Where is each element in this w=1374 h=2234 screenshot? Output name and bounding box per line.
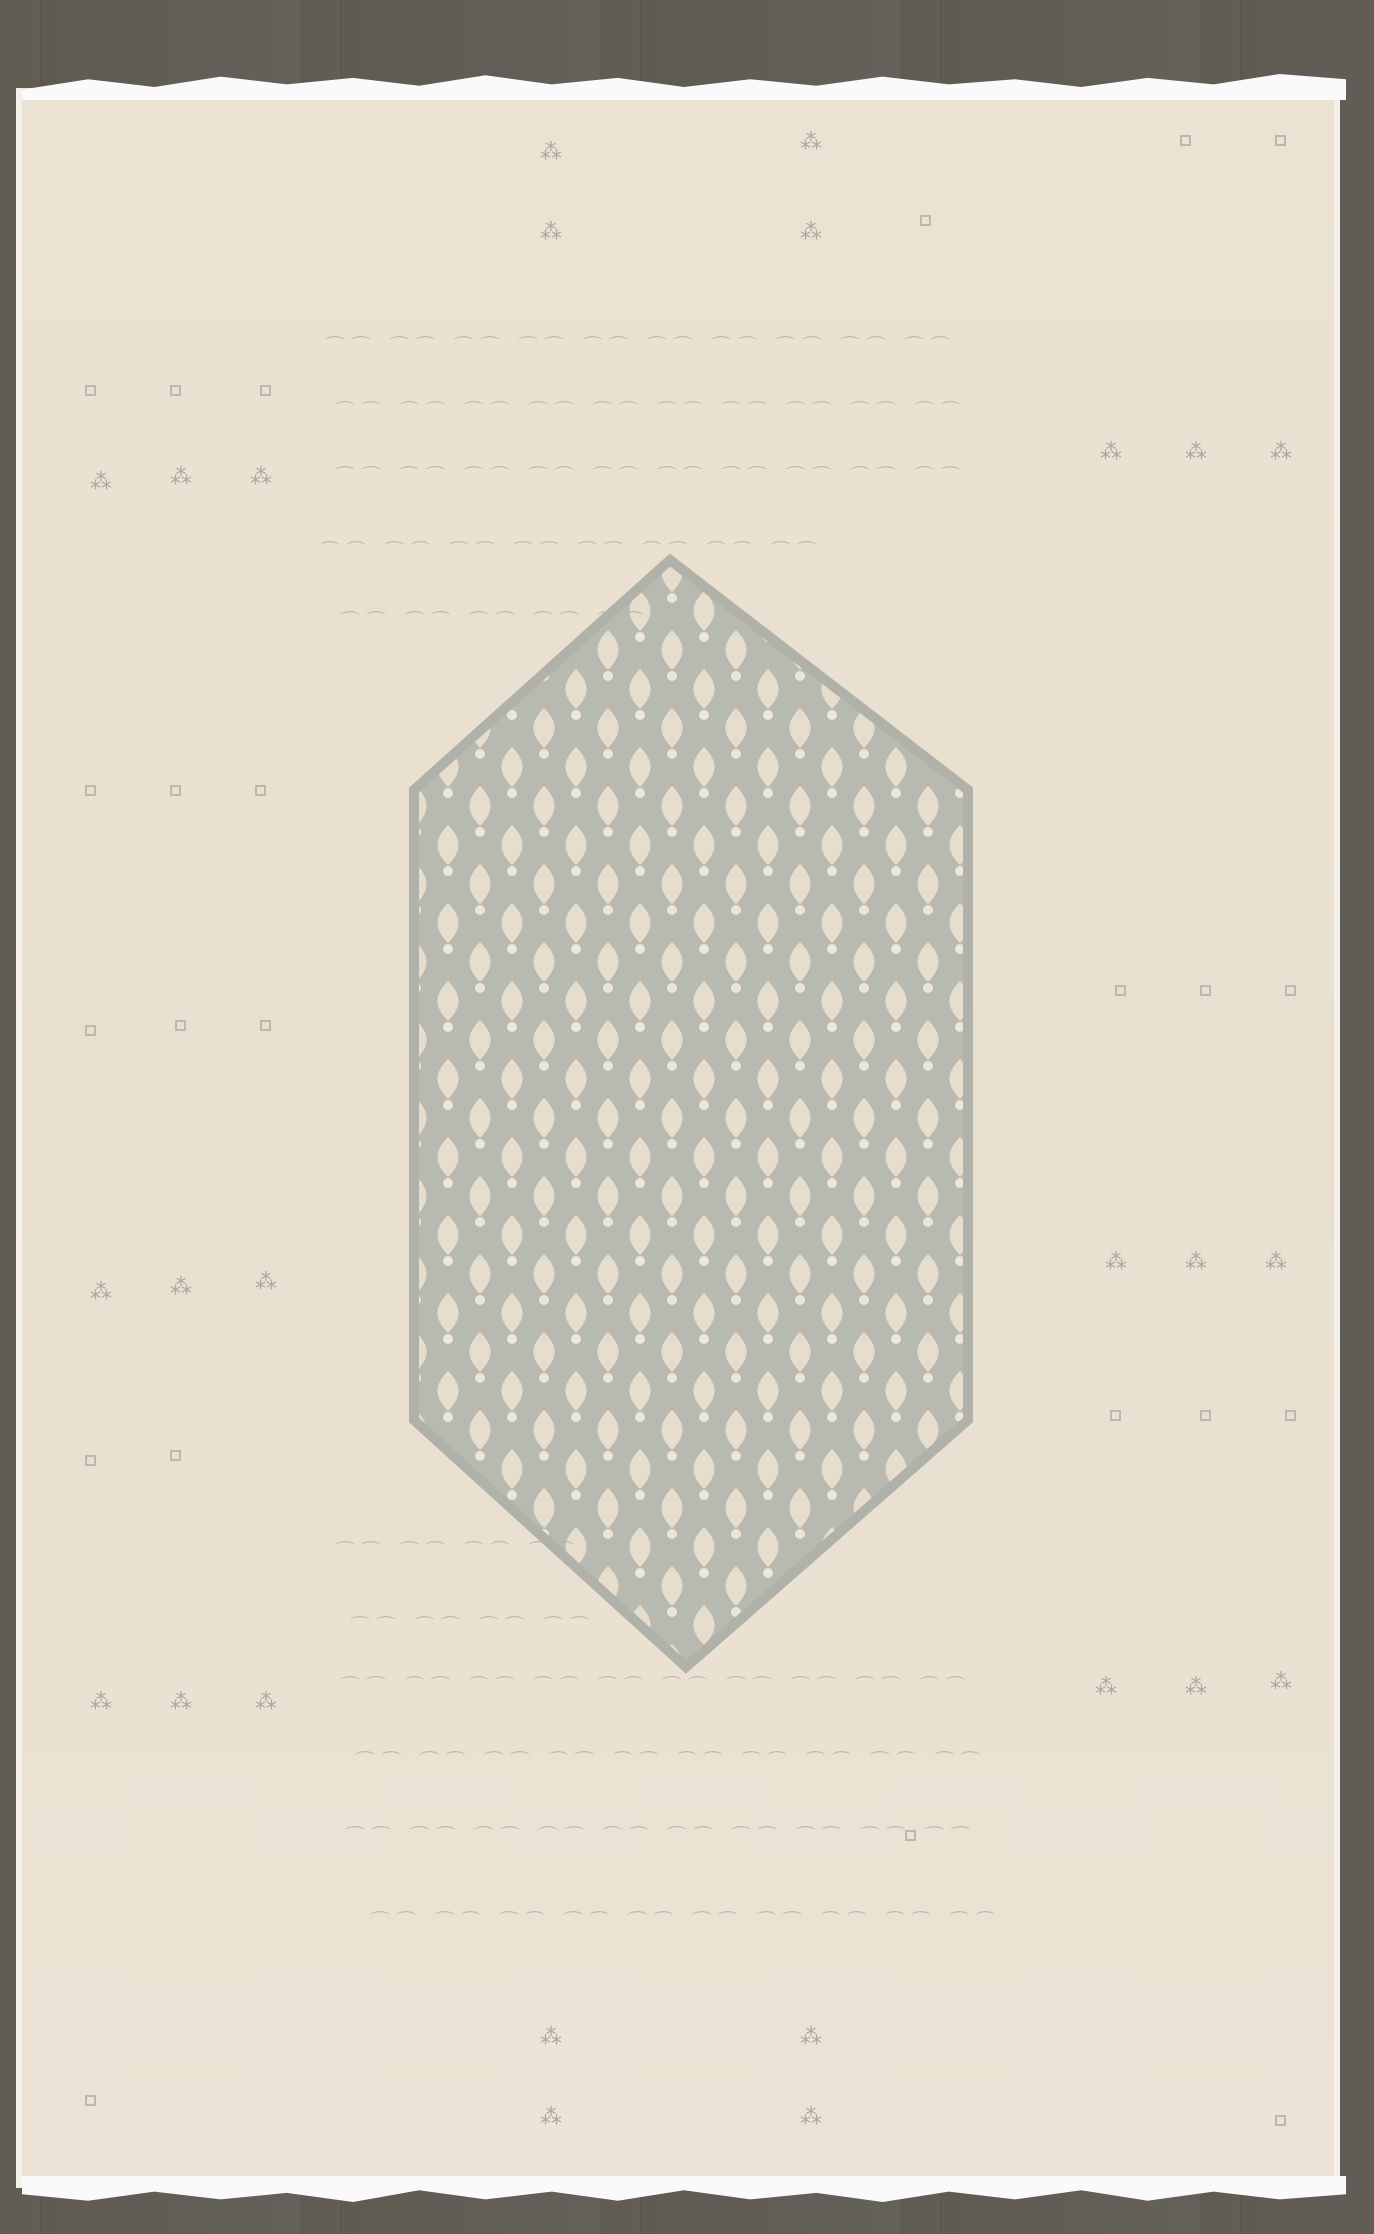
small-square-motif [170,385,181,396]
small-square-motif [1285,1410,1296,1421]
flower-cluster-motif: ⁂ [1105,1250,1127,1275]
wave-motif-row: ⌒⌒ ⌒⌒ ⌒⌒ ⌒⌒ ⌒⌒ ⌒⌒ ⌒⌒ ⌒⌒ ⌒⌒ ⌒⌒ [335,395,966,424]
flower-cluster-motif: ⁂ [1185,440,1207,465]
flower-cluster-motif: ⁂ [1185,1675,1207,1700]
small-square-motif [85,1025,96,1036]
small-square-motif [1200,985,1211,996]
flower-cluster-motif: ⁂ [540,220,562,245]
wave-motif-row: ⌒⌒ ⌒⌒ ⌒⌒ ⌒⌒ ⌒⌒ [340,605,649,634]
small-square-motif [1275,2115,1286,2126]
wave-motif-row: ⌒⌒ ⌒⌒ ⌒⌒ ⌒⌒ ⌒⌒ ⌒⌒ ⌒⌒ ⌒⌒ [320,535,823,564]
flower-cluster-motif: ⁂ [90,470,112,495]
flower-cluster-motif: ⁂ [1265,1250,1287,1275]
flower-cluster-motif: ⁂ [1095,1675,1117,1700]
flower-cluster-motif: ⁂ [540,140,562,165]
flower-cluster-motif: ⁂ [1270,1670,1292,1695]
small-square-motif [905,1830,916,1841]
small-square-motif [175,1020,186,1031]
small-square-motif [170,785,181,796]
flower-cluster-motif: ⁂ [800,220,822,245]
flower-cluster-motif: ⁂ [255,1690,277,1715]
small-square-motif [85,2095,96,2106]
flower-cluster-motif: ⁂ [90,1280,112,1305]
wave-motif-row: ⌒⌒ ⌒⌒ ⌒⌒ ⌒⌒ ⌒⌒ ⌒⌒ ⌒⌒ ⌒⌒ ⌒⌒ ⌒⌒ [355,1745,986,1774]
flower-cluster-motif: ⁂ [170,1275,192,1300]
flower-cluster-motif: ⁂ [170,465,192,490]
small-square-motif [85,1455,96,1466]
small-square-motif [920,215,931,226]
wave-motif-row: ⌒⌒ ⌒⌒ ⌒⌒ ⌒⌒ ⌒⌒ ⌒⌒ ⌒⌒ ⌒⌒ ⌒⌒ ⌒⌒ [345,1820,976,1849]
wave-motif-row: ⌒⌒ ⌒⌒ ⌒⌒ ⌒⌒ ⌒⌒ ⌒⌒ ⌒⌒ ⌒⌒ ⌒⌒ ⌒⌒ [340,1670,971,1699]
flower-cluster-motif: ⁂ [90,1690,112,1715]
flower-cluster-motif: ⁂ [1100,440,1122,465]
flower-cluster-motif: ⁂ [250,465,272,490]
wave-motif-row: ⌒⌒ ⌒⌒ ⌒⌒ ⌒⌒ ⌒⌒ ⌒⌒ ⌒⌒ ⌒⌒ ⌒⌒ ⌒⌒ [335,460,966,489]
flower-cluster-motif: ⁂ [170,1690,192,1715]
small-square-motif [260,1020,271,1031]
flower-cluster-motif: ⁂ [540,2025,562,2050]
flower-cluster-motif: ⁂ [255,1270,277,1295]
flower-cluster-motif: ⁂ [800,2105,822,2130]
small-square-motif [260,385,271,396]
wave-motif-row: ⌒⌒ ⌒⌒ ⌒⌒ ⌒⌒ ⌒⌒ ⌒⌒ ⌒⌒ ⌒⌒ ⌒⌒ ⌒⌒ [370,1905,1001,1934]
small-square-motif [1200,1410,1211,1421]
small-square-motif [1115,985,1126,996]
flower-cluster-motif: ⁂ [540,2105,562,2130]
wave-motif-row: ⌒⌒ ⌒⌒ ⌒⌒ ⌒⌒ [350,1610,595,1639]
small-square-motif [1285,985,1296,996]
flower-cluster-motif: ⁂ [800,130,822,155]
flower-cluster-motif: ⁂ [1270,440,1292,465]
wave-motif-row: ⌒⌒ ⌒⌒ ⌒⌒ ⌒⌒ ⌒⌒ ⌒⌒ ⌒⌒ ⌒⌒ ⌒⌒ ⌒⌒ [325,330,956,359]
small-square-motif [85,385,96,396]
small-square-motif [1275,135,1286,146]
flower-cluster-motif: ⁂ [800,2025,822,2050]
small-square-motif [85,785,96,796]
small-square-motif [1110,1410,1121,1421]
flower-cluster-motif: ⁂ [1185,1250,1207,1275]
small-square-motif [255,785,266,796]
small-square-motif [170,1450,181,1461]
wave-motif-row: ⌒⌒ ⌒⌒ ⌒⌒ ⌒⌒ [335,1535,580,1564]
small-square-motif [1180,135,1191,146]
